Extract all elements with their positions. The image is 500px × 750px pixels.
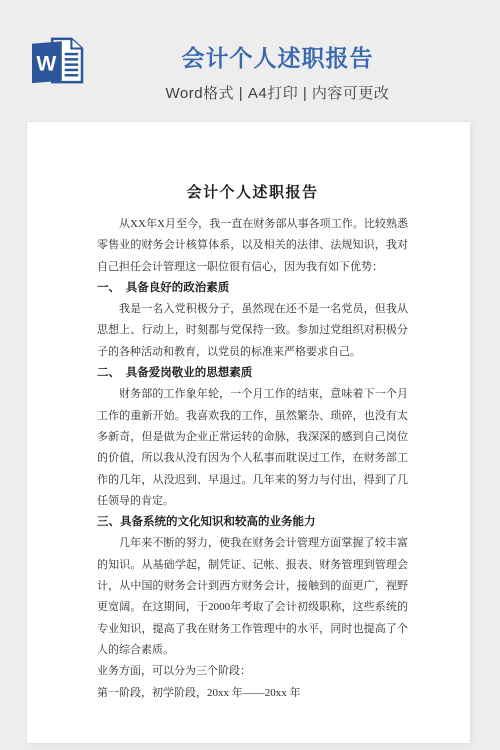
document-page: 会计个人述职报告 从XX年X月至今，我一直在财务部从事各项工作。比较熟悉零售业的… [27, 122, 470, 743]
page-subtitle: Word格式 | A4打印 | 内容可更改 [55, 82, 500, 103]
header-text: 会计个人述职报告 Word格式 | A4打印 | 内容可更改 [55, 40, 500, 103]
svg-text:W: W [36, 53, 56, 76]
paragraph-stage-1: 第一阶段，初学阶段，20xx 年——20xx 年 [97, 683, 408, 704]
section-heading-2: 二、 具备爱岗敬业的思想素质 [97, 363, 408, 384]
template-preview: W 会计个人述职报告 Word格式 | A4打印 | 内容可更改 会计个人述职报… [0, 0, 500, 750]
paragraph-section-3: 几年来不断的努力，使我在财务会计管理方面掌握了较丰富的知识。从基础学起，制凭证、… [97, 533, 408, 661]
paragraph-stages-lead: 业务方面，可以分为三个阶段： [97, 661, 408, 682]
document-title: 会计个人述职报告 [97, 182, 408, 204]
paragraph-section-2: 财务部的工作象年轮，一个月工作的结束，意味着下一个月工作的重新开始。我喜欢我的工… [97, 384, 408, 512]
paragraph-intro: 从XX年X月至今，我一直在财务部从事各项工作。比较熟悉零售业的财务会计核算体系，… [97, 214, 408, 278]
header: W 会计个人述职报告 Word格式 | A4打印 | 内容可更改 [0, 0, 500, 122]
paragraph-section-1: 我是一名入党积极分子，虽然现在还不是一名党员，但我从思想上、行动上，时刻都与党保… [97, 299, 408, 363]
section-heading-1: 一、 具备良好的政治素质 [97, 278, 408, 299]
section-heading-3: 三、具备系统的文化知识和较高的业务能力 [97, 512, 408, 533]
page-title: 会计个人述职报告 [55, 40, 500, 73]
